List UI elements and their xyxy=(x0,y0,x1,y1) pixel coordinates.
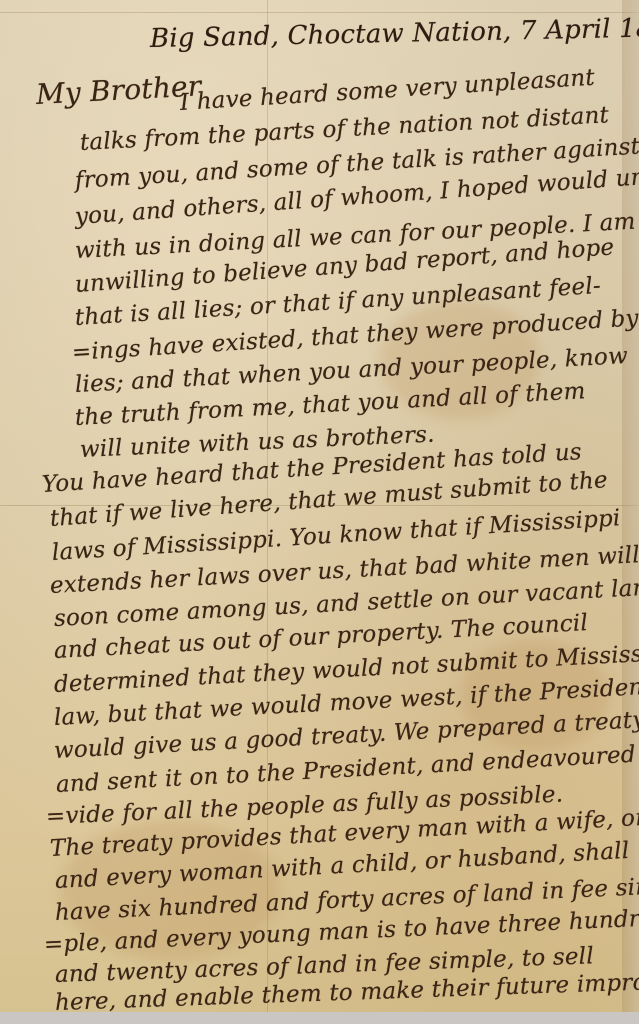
salutation: My Brother xyxy=(35,69,202,111)
fold-line xyxy=(0,12,639,13)
letter-page: Big Sand, Choctaw Nation, 7 April 1830. … xyxy=(0,0,639,1024)
scan-border xyxy=(0,1012,639,1024)
dateline: Big Sand, Choctaw Nation, 7 April 1830. xyxy=(150,13,639,54)
